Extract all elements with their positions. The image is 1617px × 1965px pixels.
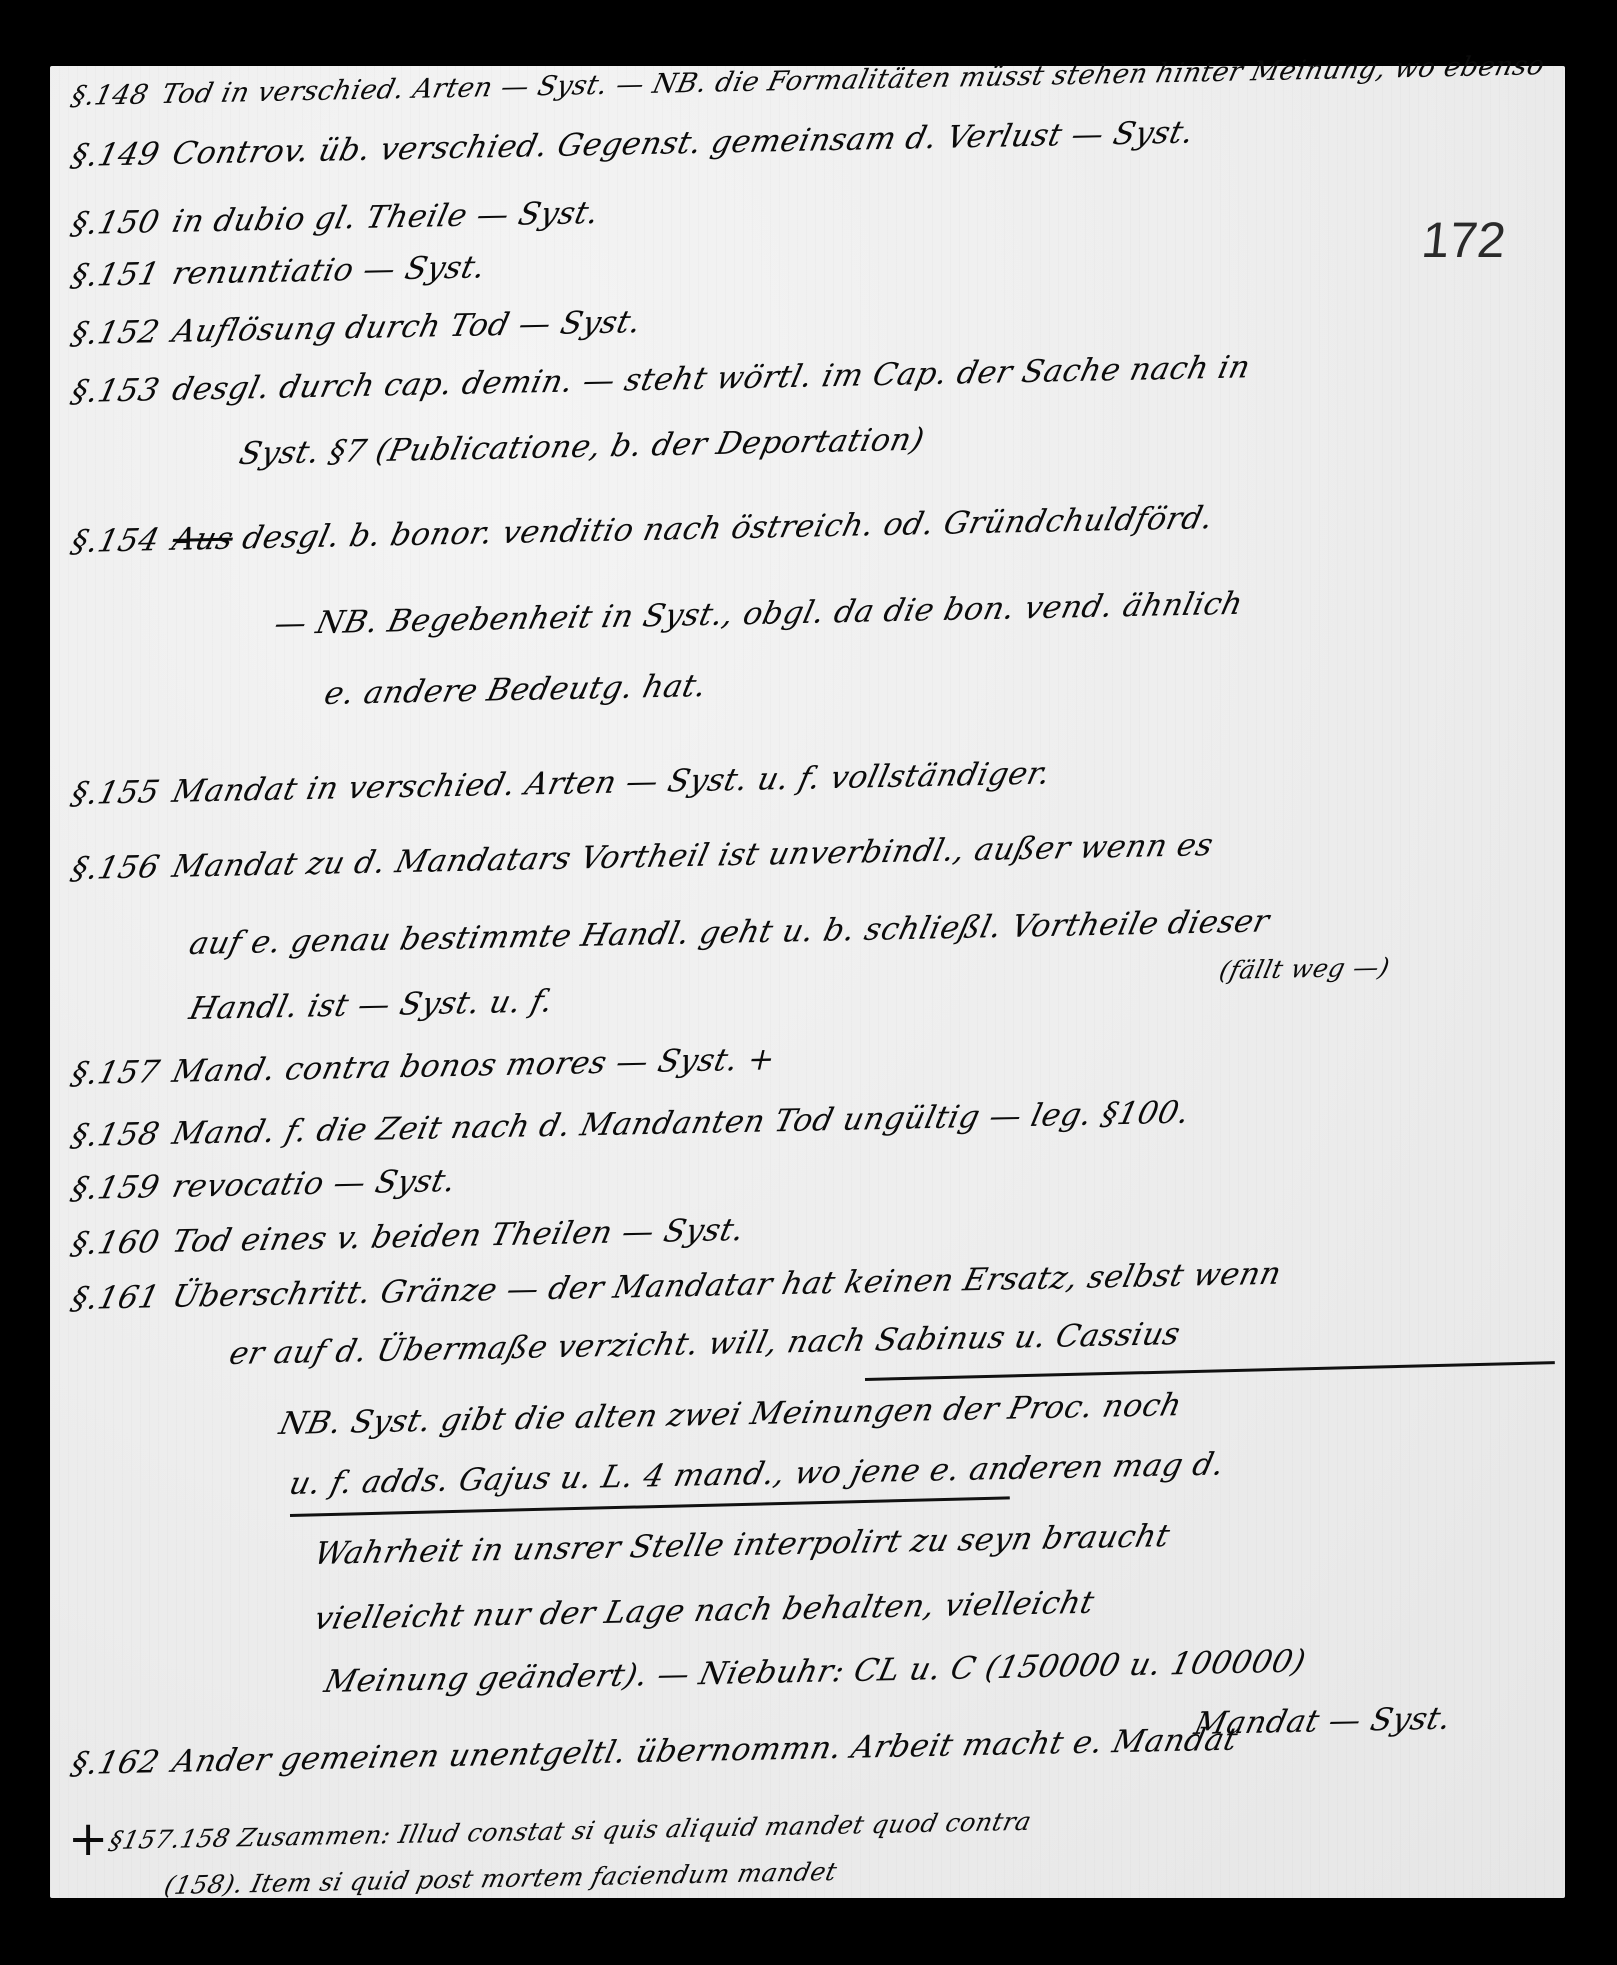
entry-156-cont: auf e. genau bestimmte Handl. geht u. b.… <box>186 903 1273 962</box>
entry-text: — NB. Begebenheit in Syst., obgl. da die… <box>271 586 1247 642</box>
entry-text: er auf d. Übermaße verzicht. will, nach … <box>226 1316 1184 1372</box>
entry-162: §.162Ander gemeinen unentgeltl. übernomm… <box>68 1722 1241 1783</box>
entry-number: §.154 <box>68 522 163 560</box>
entry-text: Mand. f. die Zeit nach d. Mandanten Tod … <box>169 1095 1193 1152</box>
underline-rule <box>865 1361 1555 1381</box>
cross-mark-icon: + <box>68 1811 108 1867</box>
entry-text: vielleicht nur der Lage nach behalten, v… <box>311 1585 1098 1637</box>
manuscript-page: 172 §.148Tod in verschied. Arten — Syst.… <box>50 66 1565 1898</box>
entry-number: §.151 <box>68 256 163 294</box>
entry-text: revocatio — Syst. <box>169 1163 460 1205</box>
entry-155: §.155Mandat in verschied. Arten — Syst. … <box>68 755 1054 812</box>
entry-161-cont: vielleicht nur der Lage nach behalten, v… <box>311 1585 1098 1637</box>
entry-161-cont: Meinung geändert). — Niebuhr: CL u. C (1… <box>321 1643 1309 1700</box>
entry-161: §.161Überschritt. Gränze — der Mandatar … <box>68 1256 1285 1317</box>
entry-154-cont: e. andere Bedeutg. hat. <box>321 668 710 712</box>
entry-text: Tod in verschied. Arten — Syst. — NB. di… <box>159 50 1548 110</box>
entry-157: §.157Mand. contra bonos mores — Syst. + <box>68 1041 779 1092</box>
entry-148: §.148Tod in verschied. Arten — Syst. — N… <box>68 50 1547 112</box>
folio-number: 172 <box>1419 211 1509 269</box>
entry-152: §.152Auflösung durch Tod — Syst. <box>68 304 645 352</box>
entry-number: §.157 <box>68 1054 163 1092</box>
footnote-text: (158). Item si quid post mortem faciendu… <box>162 1857 840 1900</box>
entry-153-cont: Syst. §7 (Publicatione, b. der Deportati… <box>236 422 928 473</box>
entry-text: renuntiatio — Syst. <box>169 249 489 292</box>
footnote-line: §157.158 Zusammen: Illud constat si quis… <box>107 1807 1035 1855</box>
entry-number: §.159 <box>68 1169 163 1207</box>
entry-number: §.148 <box>68 79 151 112</box>
entry-text: u. f. adds. Gajus u. L. 4 mand., wo jene… <box>286 1446 1228 1502</box>
entry-154: §.154Aus desgl. b. bonor. venditio nach … <box>68 500 1217 560</box>
entry-text: Syst. §7 (Publicatione, b. der Deportati… <box>236 422 928 473</box>
entry-text: Wahrheit in unsrer Stelle interpolirt zu… <box>311 1518 1174 1572</box>
entry-number: §.155 <box>68 774 163 812</box>
entry-number: §.162 <box>68 1744 163 1782</box>
margin-note-text: (fällt weg —) <box>1217 952 1393 985</box>
entry-149: §.149Controv. üb. verschied. Gegenst. ge… <box>68 114 1198 174</box>
entry-text: Mandat in verschied. Arten — Syst. u. f.… <box>169 755 1054 810</box>
entry-number: §.153 <box>68 372 163 410</box>
entry-text: auf e. genau bestimmte Handl. geht u. b.… <box>186 903 1273 962</box>
entry-154-cont: — NB. Begebenheit in Syst., obgl. da die… <box>271 586 1247 642</box>
margin-note: (fällt weg —) <box>1217 952 1393 985</box>
entry-153: §.153desgl. durch cap. demin. — steht wö… <box>68 349 1254 410</box>
entry-text: Ander gemeinen unentgeltl. übernommn. Ar… <box>169 1722 1241 1780</box>
entry-160: §.160Tod eines v. beiden Theilen — Syst. <box>68 1212 748 1262</box>
entry-150: §.150in dubio gl. Theile — Syst. <box>68 195 603 242</box>
entry-number: §.150 <box>68 204 163 242</box>
entry-text: desgl. durch cap. demin. — steht wörtl. … <box>169 349 1254 408</box>
entry-text: Meinung geändert). — Niebuhr: CL u. C (1… <box>321 1643 1309 1700</box>
entry-text: Auflösung durch Tod — Syst. <box>169 304 645 350</box>
entry-161-cont: Wahrheit in unsrer Stelle interpolirt zu… <box>311 1518 1174 1572</box>
entry-158: §.158Mand. f. die Zeit nach d. Mandanten… <box>68 1095 1193 1155</box>
entry-number: §.152 <box>68 314 163 352</box>
entry-156-cont: Handl. ist — Syst. u. f. <box>186 983 557 1027</box>
entry-161-cont: u. f. adds. Gajus u. L. 4 mand., wo jene… <box>286 1446 1228 1502</box>
entry-text: desgl. b. bonor. venditio nach östreich.… <box>239 500 1217 556</box>
entry-159: §.159revocatio — Syst. <box>68 1163 460 1207</box>
entry-number: §.160 <box>68 1224 163 1262</box>
entry-156: §.156Mandat zu d. Mandatars Vortheil ist… <box>68 827 1217 887</box>
footnote-text: §157.158 Zusammen: Illud constat si quis… <box>107 1807 1035 1855</box>
entry-text: e. andere Bedeutg. hat. <box>321 668 710 712</box>
entry-text: Tod eines v. beiden Theilen — Syst. <box>169 1212 748 1260</box>
entry-161-cont: NB. Syst. gibt die alten zwei Meinungen … <box>276 1387 1185 1442</box>
entry-number: §.149 <box>68 136 163 174</box>
struck-word: Aus <box>169 521 237 558</box>
entry-text: Controv. üb. verschied. Gegenst. gemeins… <box>169 114 1198 172</box>
footnote-line: (158). Item si quid post mortem faciendu… <box>162 1857 840 1900</box>
entry-text: Handl. ist — Syst. u. f. <box>186 983 557 1027</box>
entry-text: Überschritt. Gränze — der Mandatar hat k… <box>169 1256 1285 1315</box>
entry-text: Mandat zu d. Mandatars Vortheil ist unve… <box>169 827 1217 885</box>
entry-151: §.151renuntiatio — Syst. <box>68 249 489 294</box>
entry-text: Mand. contra bonos mores — Syst. + <box>169 1041 779 1090</box>
entry-161-cont: er auf d. Übermaße verzicht. will, nach … <box>226 1316 1184 1372</box>
entry-number: §.156 <box>68 849 163 887</box>
entry-number: §.158 <box>68 1116 163 1154</box>
entry-number: §.161 <box>68 1279 163 1317</box>
entry-text: in dubio gl. Theile — Syst. <box>169 195 603 240</box>
entry-text: NB. Syst. gibt die alten zwei Meinungen … <box>276 1387 1185 1442</box>
